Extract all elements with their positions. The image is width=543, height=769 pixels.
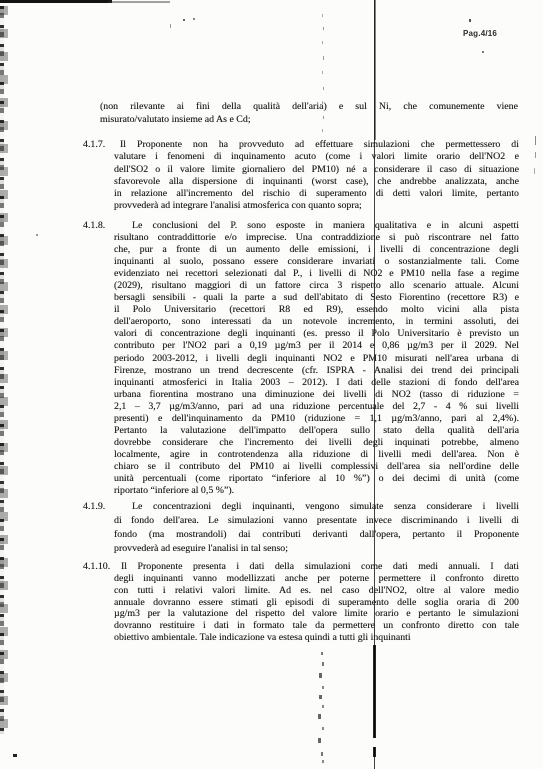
- paragraph-number: 4.1.9.: [83, 500, 105, 514]
- scan-speck: [318, 738, 321, 743]
- scan-speck: [321, 752, 323, 756]
- scan-speck: [534, 168, 535, 174]
- text-line: provvederà ad eseguire l'analisi in tal …: [114, 542, 519, 556]
- text-line: urbana fiorentina mostrano una diminuzio…: [114, 389, 519, 401]
- scan-speck: [535, 152, 536, 158]
- text-line: bersagli sensibili - quali la parte a su…: [114, 292, 519, 304]
- text-line: annuale dovranno essere stimati gli epis…: [114, 597, 519, 609]
- scan-speck: [322, 662, 324, 666]
- scan-speck: [36, 234, 38, 236]
- scan-speck: [13, 754, 17, 757]
- text-line: Le concentrazioni degli inquinanti, veng…: [114, 500, 519, 514]
- scan-speck: [170, 24, 171, 28]
- text-line: 2,1 – 3,7 µg/m3/anno, pari ad una riduzi…: [114, 401, 519, 413]
- scan-speck: [323, 87, 324, 90]
- text-line: dell'SO2 o il valore limite giornaliero …: [114, 164, 519, 176]
- text-line: Il Proponente presenta i dati della simu…: [114, 561, 519, 573]
- text-line: presenti) e dell'inquinamento da PM10 (r…: [114, 413, 519, 425]
- text-line: riportato “inferiore al 0,5 %”).: [114, 485, 519, 497]
- scan-speck: [535, 136, 536, 145]
- text-line: (non rilevante ai fini della qualità del…: [100, 101, 518, 114]
- text-line: evidenziato nei recettori selezionati da…: [114, 268, 519, 280]
- scan-artifact-top-edge: [0, 0, 112, 3]
- text-line: provvederà ad integrare l'analisi atmosf…: [114, 200, 519, 212]
- text-line: valutare i fenomeni di inquinamento acut…: [114, 151, 519, 163]
- scan-speck: [318, 714, 321, 719]
- paragraph-4-1-8: 4.1.8. Le conclusioni del P. sono espost…: [114, 220, 519, 497]
- text-line: obiettivo ambientale. Tale indicazione v…: [114, 632, 519, 644]
- text-line: unità percentuali (come riportato “infer…: [114, 473, 519, 485]
- scan-artifact-vertical-line-gap: [372, 738, 376, 747]
- text-line: µg/m3 per la valutazione del rispetto de…: [114, 608, 519, 620]
- scan-speck: [322, 71, 323, 74]
- text-line: sfavorevole alla dispersione di inquinan…: [114, 176, 519, 188]
- text-line: misurato/valutato insieme ad As e Cd;: [100, 114, 518, 127]
- text-line: fondo (ma mostrandoli) dai contributi de…: [114, 528, 519, 542]
- intro-paragraph: (non rilevante ai fini della qualità del…: [100, 101, 518, 126]
- paragraph-body: Le conclusioni del P. sono esposte in ma…: [114, 220, 519, 497]
- text-line: Le conclusioni del P. sono esposte in ma…: [114, 220, 519, 232]
- scan-speck: [322, 41, 323, 44]
- scan-speck: [319, 673, 322, 678]
- text-line: contributo per l'NO2 pari a 0,19 µg/m3 p…: [114, 340, 519, 352]
- text-line: dovrebbe considerare che l'incremento de…: [114, 437, 519, 449]
- paragraph-4-1-10: 4.1.10. Il Proponente presenta i dati de…: [114, 561, 519, 644]
- scan-artifact-top-edge-fade: [108, 1, 170, 3]
- scan-artifact-vertical-line-bottom: [373, 645, 376, 757]
- scan-speck: [322, 129, 323, 132]
- scan-speck: [183, 19, 185, 21]
- text-line: in relazione all'incremento del rischio …: [114, 188, 519, 200]
- paragraph-4-1-9: 4.1.9. Le concentrazioni degli inquinant…: [114, 500, 519, 556]
- text-line: localmente, agire in controtendenza alla…: [114, 449, 519, 461]
- scan-speck: [319, 695, 322, 699]
- text-line: (2029), risultano maggiori di un fattore…: [114, 280, 519, 292]
- paragraph-body: Le concentrazioni degli inquinanti, veng…: [114, 500, 519, 556]
- paragraph-4-1-7: 4.1.7. Il Proponente non ha provveduto a…: [114, 139, 519, 213]
- text-line: Firenze, mostrano un trend decrescente (…: [114, 365, 519, 377]
- scan-speck: [482, 51, 484, 53]
- text-line: risultano contraddittorie e/o imprecise.…: [114, 232, 519, 244]
- scan-speck: [323, 56, 324, 60]
- scan-speck: [322, 705, 324, 708]
- text-line: Il Proponente non ha provveduto ad effet…: [114, 139, 519, 151]
- scan-speck: [323, 27, 324, 30]
- text-line: valori di concentrazione degli inquinant…: [114, 328, 519, 340]
- paragraph-number: 4.1.7.: [83, 139, 105, 151]
- page-number: Pag.4/16: [463, 29, 497, 38]
- text-line: inquinanti al suolo, possano essere cons…: [114, 256, 519, 268]
- scanned-document-page: Pag.4/16 (non rilevante ai fini della qu…: [0, 0, 543, 769]
- scan-speck: [321, 652, 323, 655]
- scan-speck: [322, 14, 323, 17]
- scan-speck: [322, 760, 324, 763]
- paragraph-body: Il Proponente non ha provveduto ad effet…: [114, 139, 519, 213]
- text-line: Pertanto la valutazione dell'impatto del…: [114, 425, 519, 437]
- scan-speck: [322, 686, 324, 689]
- text-line: il Polo Universitario (recettori R8 ed R…: [114, 304, 519, 316]
- text-line: di fondo dell'area. Le simulazioni vanno…: [114, 514, 519, 528]
- text-line: degli inquinanti vanno modellizzati anch…: [114, 573, 519, 585]
- paragraph-number: 4.1.8.: [83, 220, 105, 232]
- scan-speck: [469, 19, 471, 22]
- paragraph-body: Il Proponente presenta i dati della simu…: [114, 561, 519, 644]
- scan-speck: [322, 727, 324, 730]
- text-line: con tutti i relativi valori limite. Ad e…: [114, 585, 519, 597]
- text-line: inquinanti atmosferici in Italia 2003 – …: [114, 377, 519, 389]
- text-line: che, pur a fronte di un aumento delle em…: [114, 244, 519, 256]
- text-line: periodo 2003-2012, i livelli degli inqui…: [114, 353, 519, 365]
- text-line: dell'aeroporto, sono interessati da un n…: [114, 316, 519, 328]
- text-line: dovranno restituire i dati in formato ta…: [114, 620, 519, 632]
- scan-artifact-binding-edge: [0, 6, 8, 734]
- paragraph-number: 4.1.10.: [83, 561, 110, 573]
- scan-speck: [193, 18, 195, 20]
- text-line: chiaro se il contributo del PM10 ai live…: [114, 461, 519, 473]
